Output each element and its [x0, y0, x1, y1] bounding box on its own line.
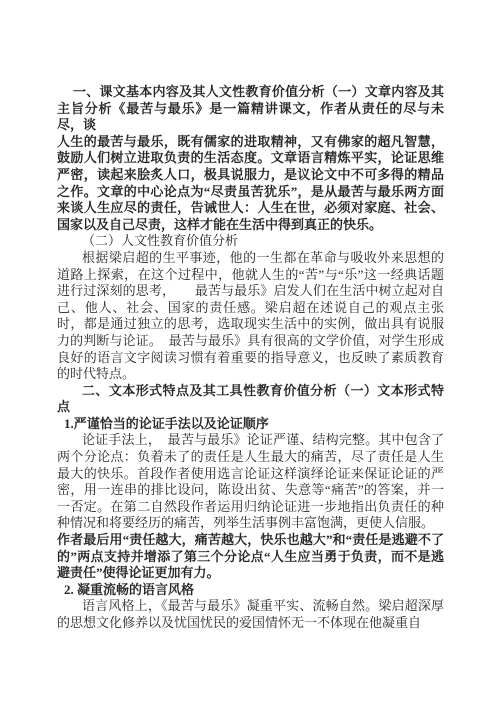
section-2-point-1-heading: 1.严谨恰当的论证手法以及论证顺序 [57, 416, 444, 433]
section-1-body-paragraph: 人生的最苦与最乐，既有儒家的进取精神，又有佛家的超凡智慧，鼓励人们树立进取负责的… [57, 134, 444, 234]
document-text-content: 一、课文基本内容及其人文性教育价值分析（一）文章内容及其主旨分析《最苦与最乐》是… [57, 84, 444, 632]
section-2-point-2-body-paragraph: 语言风格上，《最苦与最乐》凝重平实、流畅自然。梁启超深厚的思想文化修养以及忧国忧… [57, 598, 444, 631]
section-2-heading: 二、文本形式特点及其工具性教育价值分析（一）文本形式特点 [57, 383, 444, 416]
section-1-2-body-paragraph: 根据梁启超的生平事迹，他的一生都在革命与吸收外来思想的道路上探索，在这个过程中，… [57, 250, 444, 383]
section-2-point-1-emphasis-paragraph: 作者最后用“责任越大，痛苦越大，快乐也越大”和“责任是逃避不了的”两点支持并增添… [57, 532, 444, 582]
section-1-2-subheading: （二）人文性教育价值分析 [57, 233, 444, 250]
section-1-heading: 一、课文基本内容及其人文性教育价值分析（一）文章内容及其主旨分析《最苦与最乐》是… [57, 84, 444, 134]
section-2-point-2-heading: 2. 凝重流畅的语言风格 [57, 582, 444, 599]
document-page: 一、课文基本内容及其人文性教育价值分析（一）文章内容及其主旨分析《最苦与最乐》是… [0, 0, 500, 707]
section-2-point-1-body-paragraph: 论证手法上， 最苦与最乐》论证严谨、结构完整。其中包含了两个分论点：负着未了的责… [57, 432, 444, 532]
